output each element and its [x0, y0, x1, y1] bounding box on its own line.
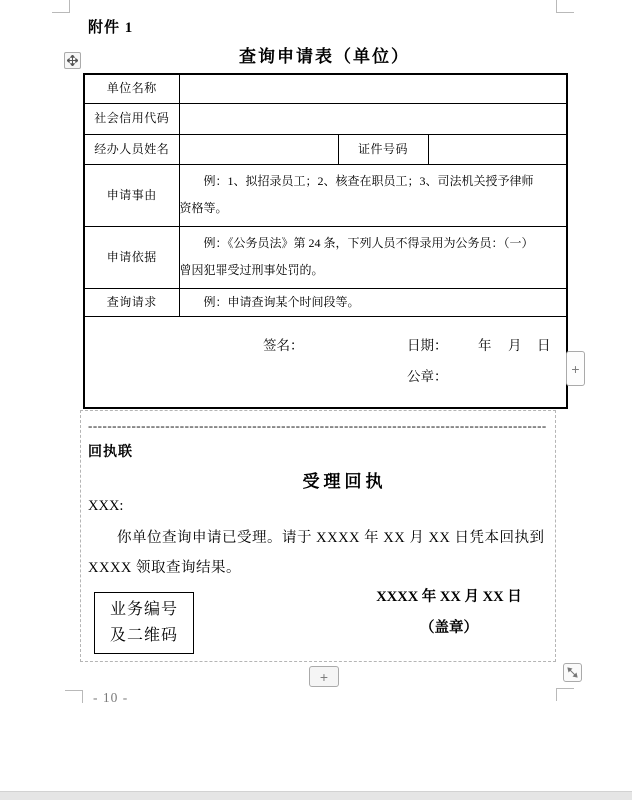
- agent-name-input[interactable]: [179, 134, 338, 164]
- margin-crop-mark-top-right: [556, 0, 574, 13]
- basis-label: 申请依据: [84, 226, 179, 288]
- qr-box-line1: 业务编号: [110, 597, 178, 623]
- request-example-cell[interactable]: 例：申请查询某个时间段等。: [179, 288, 567, 316]
- stamp-seal-line: （盖章）: [368, 613, 530, 644]
- plus-icon: +: [320, 669, 328, 685]
- reason-example-cell[interactable]: 例：1、拟招录员工；2、核查在职员工；3、司法机关授予律师 资格等。: [179, 164, 567, 226]
- table-row: 签名： 日期： 年 月 日 公章：: [84, 316, 567, 408]
- receipt-stub-label: 回执联: [88, 441, 133, 461]
- basis-example-cell[interactable]: 例：《公务员法》第 24 条，下列人员不得录用为公务员：（一） 曾因犯罪受过刑事…: [179, 226, 567, 288]
- stamp-date-line: XXXX 年 XX 月 XX 日: [368, 582, 530, 613]
- table-row: 社会信用代码: [84, 103, 567, 134]
- diagonal-resize-icon: [567, 667, 578, 678]
- application-form-table: 单位名称 社会信用代码 经办人员姓名 证件号码 申请事由 例：1、拟招录员工；2…: [83, 73, 568, 409]
- sign-label: 签名：: [263, 337, 304, 354]
- receipt-salutation: XXX:: [88, 498, 123, 515]
- page-gap-strip: [0, 791, 632, 800]
- year-label: 年: [478, 337, 492, 354]
- basis-example-text: 例：《公务员法》第 24 条，下列人员不得录用为公务员：（一） 曾因犯罪受过刑事…: [180, 230, 567, 284]
- plus-icon: +: [571, 361, 579, 377]
- form-title: 查询申请表（单位）: [83, 42, 566, 67]
- id-number-input[interactable]: [428, 134, 567, 164]
- credit-code-input[interactable]: [179, 103, 567, 134]
- receipt-title: 受理回执: [106, 467, 583, 492]
- textbox-resize-handle[interactable]: [563, 663, 582, 682]
- signature-cell[interactable]: 签名： 日期： 年 月 日 公章：: [84, 316, 567, 408]
- table-row: 申请依据 例：《公务员法》第 24 条，下列人员不得录用为公务员：（一） 曾因犯…: [84, 226, 567, 288]
- table-move-handle[interactable]: [64, 52, 81, 69]
- table-row: 申请事由 例：1、拟招录员工；2、核查在职员工；3、司法机关授予律师 资格等。: [84, 164, 567, 226]
- table-row: 查询请求 例：申请查询某个时间段等。: [84, 288, 567, 316]
- id-number-label: 证件号码: [338, 134, 428, 164]
- unit-name-label: 单位名称: [84, 74, 179, 103]
- agent-name-label: 经办人员姓名: [84, 134, 179, 164]
- page-number: - 10 -: [93, 690, 128, 706]
- reason-example-text: 例：1、拟招录员工；2、核查在职员工；3、司法机关授予律师 资格等。: [180, 168, 567, 222]
- table-row: 经办人员姓名 证件号码: [84, 134, 567, 164]
- credit-code-label: 社会信用代码: [84, 103, 179, 134]
- cut-line: ----------------------------------------…: [88, 418, 546, 435]
- month-label: 月: [508, 337, 522, 354]
- stamp-date-block: XXXX 年 XX 月 XX 日 （盖章）: [368, 582, 530, 644]
- document-page: 附件 1 查询申请表（单位） 单位名称 社会信用代码 经办人员姓名: [0, 0, 632, 800]
- date-label: 日期：: [407, 337, 448, 354]
- margin-crop-mark-bottom-right: [556, 688, 574, 701]
- insert-column-plus-button[interactable]: +: [566, 351, 585, 386]
- move-arrows-icon: [67, 55, 78, 66]
- table-row: 单位名称: [84, 74, 567, 103]
- day-label: 日: [537, 337, 551, 354]
- attachment-heading: 附件 1: [88, 16, 133, 37]
- request-label: 查询请求: [84, 288, 179, 316]
- business-number-qr-box: 业务编号 及二维码: [94, 592, 194, 654]
- unit-name-input[interactable]: [179, 74, 567, 103]
- seal-label: 公章：: [407, 368, 448, 385]
- qr-box-line2: 及二维码: [110, 623, 178, 649]
- receipt-body-text: 你单位查询申请已受理。请于 XXXX 年 XX 月 XX 日凭本回执到 XXXX…: [88, 523, 550, 583]
- insert-row-plus-button[interactable]: +: [309, 666, 339, 687]
- reason-label: 申请事由: [84, 164, 179, 226]
- margin-crop-mark-top-left: [52, 0, 70, 13]
- margin-crop-mark-bottom-left: [65, 690, 83, 703]
